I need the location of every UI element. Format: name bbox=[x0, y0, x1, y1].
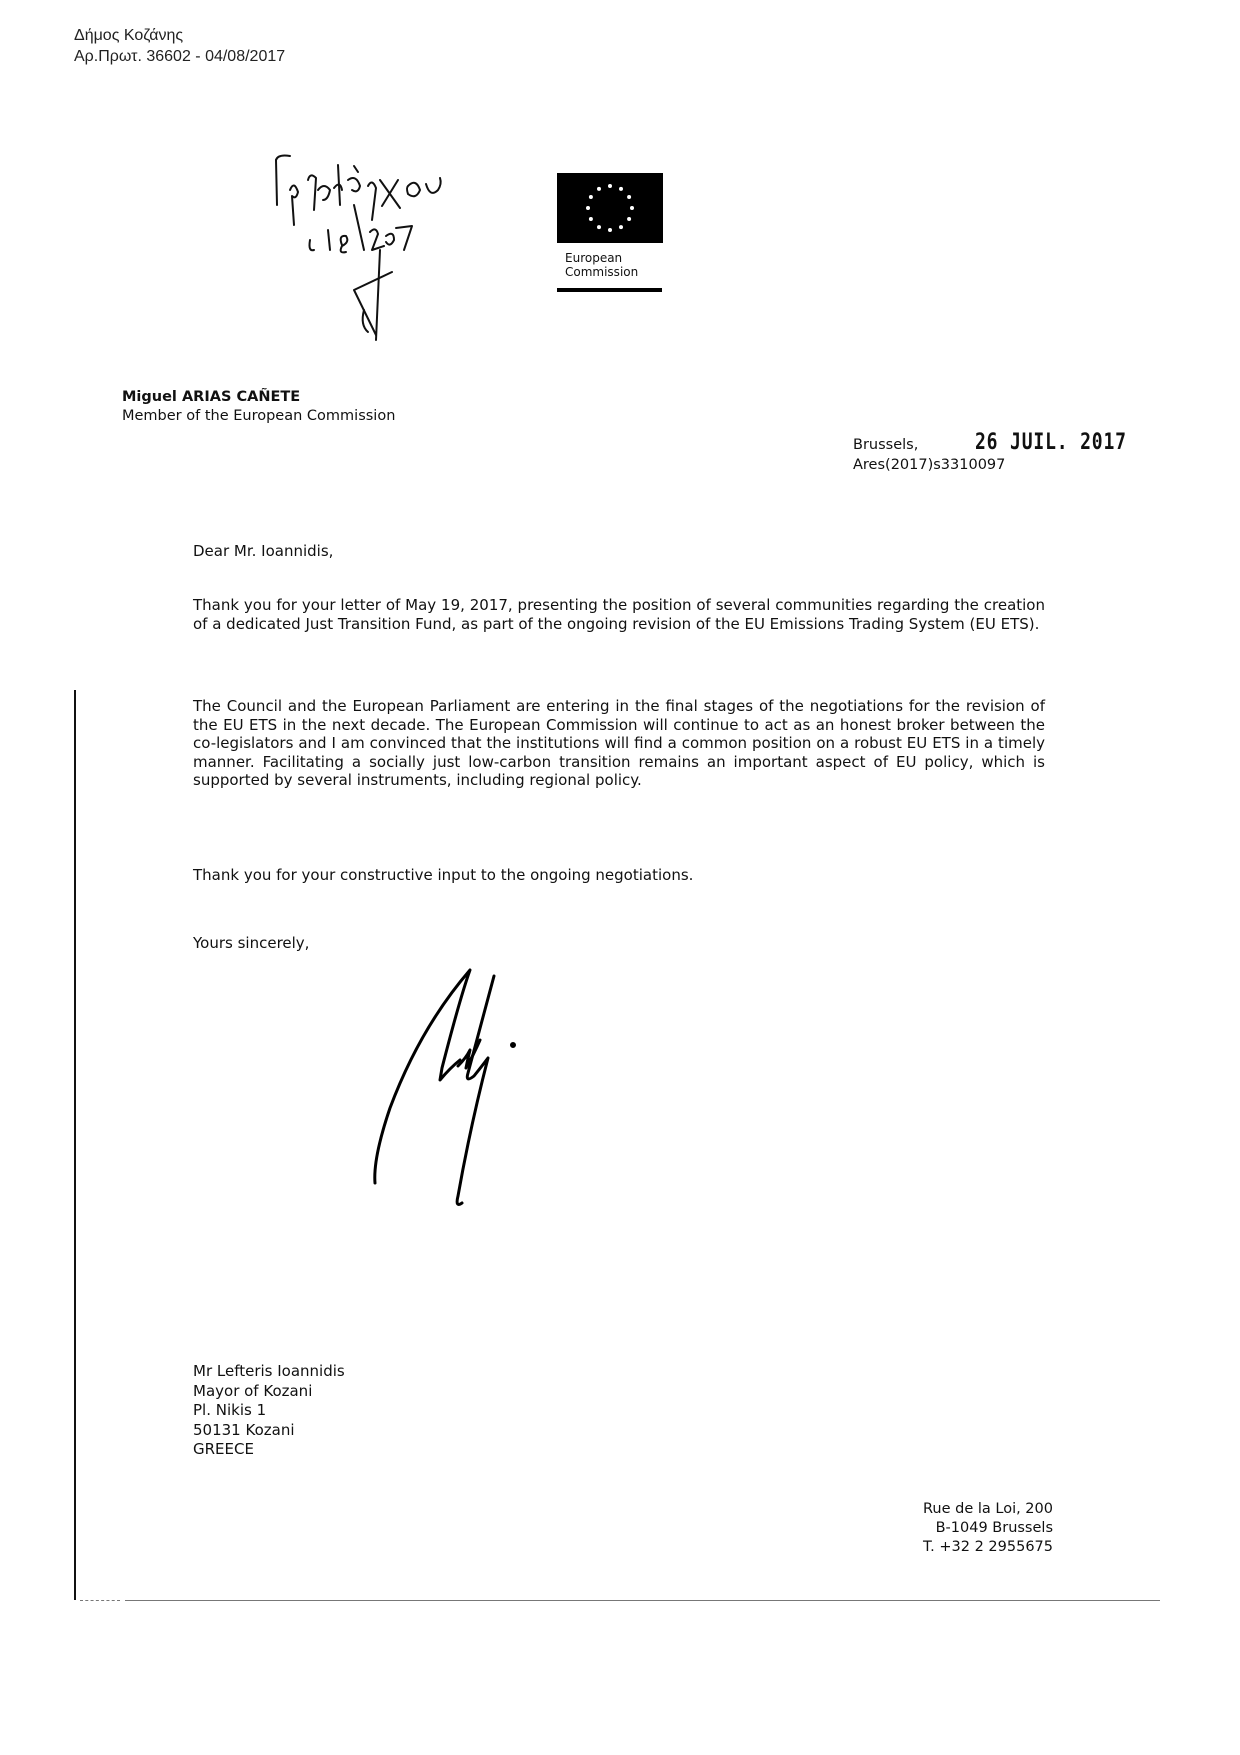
sender-title: Member of the European Commission bbox=[122, 407, 395, 426]
logo-line-commission: Commission bbox=[565, 265, 667, 279]
paragraph-2: The Council and the European Parliament … bbox=[193, 697, 1045, 790]
closing: Yours sincerely, bbox=[193, 934, 1045, 953]
registry-protocol-number: Αρ.Πρωτ. 36602 - 04/08/2017 bbox=[74, 46, 285, 67]
date-stamp: 26 JUIL. 2017 bbox=[975, 430, 1127, 455]
recipient-country: GREECE bbox=[193, 1440, 345, 1460]
recipient-street: Pl. Nikis 1 bbox=[193, 1401, 345, 1421]
recipient-city: 50131 Kozani bbox=[193, 1421, 345, 1441]
recipient-name: Mr Lefteris Ioannidis bbox=[193, 1362, 345, 1382]
salutation: Dear Mr. Ioannidis, bbox=[193, 542, 1045, 561]
sender-block: Miguel ARIAS CAÑETE Member of the Europe… bbox=[122, 388, 395, 426]
recipient-address: Mr Lefteris Ioannidis Mayor of Kozani Pl… bbox=[193, 1362, 345, 1460]
footer-street: Rue de la Loi, 200 bbox=[880, 1500, 1053, 1519]
footer-phone: T. +32 2 2955675 bbox=[880, 1538, 1053, 1557]
paragraph-1: Thank you for your letter of May 19, 201… bbox=[193, 596, 1045, 633]
registry-municipality: Δήμος Κοζάνης bbox=[74, 25, 285, 46]
footer-address: Rue de la Loi, 200 B-1049 Brussels T. +3… bbox=[880, 1500, 1053, 1557]
eu-flag-icon bbox=[557, 173, 663, 243]
scan-left-border bbox=[74, 690, 76, 1600]
paragraph-3: Thank you for your constructive input to… bbox=[193, 866, 1045, 885]
place: Brussels, bbox=[853, 437, 918, 453]
registry-stamp: Δήμος Κοζάνης Αρ.Πρωτ. 36602 - 04/08/201… bbox=[74, 25, 285, 67]
signature-icon bbox=[370, 958, 530, 1218]
scan-bottom-border-dash bbox=[80, 1600, 120, 1602]
sender-name: Miguel ARIAS CAÑETE bbox=[122, 388, 395, 407]
european-commission-logo: European Commission bbox=[557, 173, 667, 292]
logo-underline bbox=[557, 288, 662, 292]
logo-text: European Commission bbox=[557, 251, 667, 279]
scan-bottom-border bbox=[125, 1600, 1160, 1601]
recipient-title: Mayor of Kozani bbox=[193, 1382, 345, 1402]
logo-line-european: European bbox=[565, 251, 667, 265]
reference-number: Ares(2017)s3310097 bbox=[853, 456, 1005, 475]
place-date-block: Brussels, Ares(2017)s3310097 bbox=[853, 436, 918, 455]
handwritten-note-icon bbox=[268, 150, 448, 350]
footer-city: B-1049 Brussels bbox=[880, 1519, 1053, 1538]
